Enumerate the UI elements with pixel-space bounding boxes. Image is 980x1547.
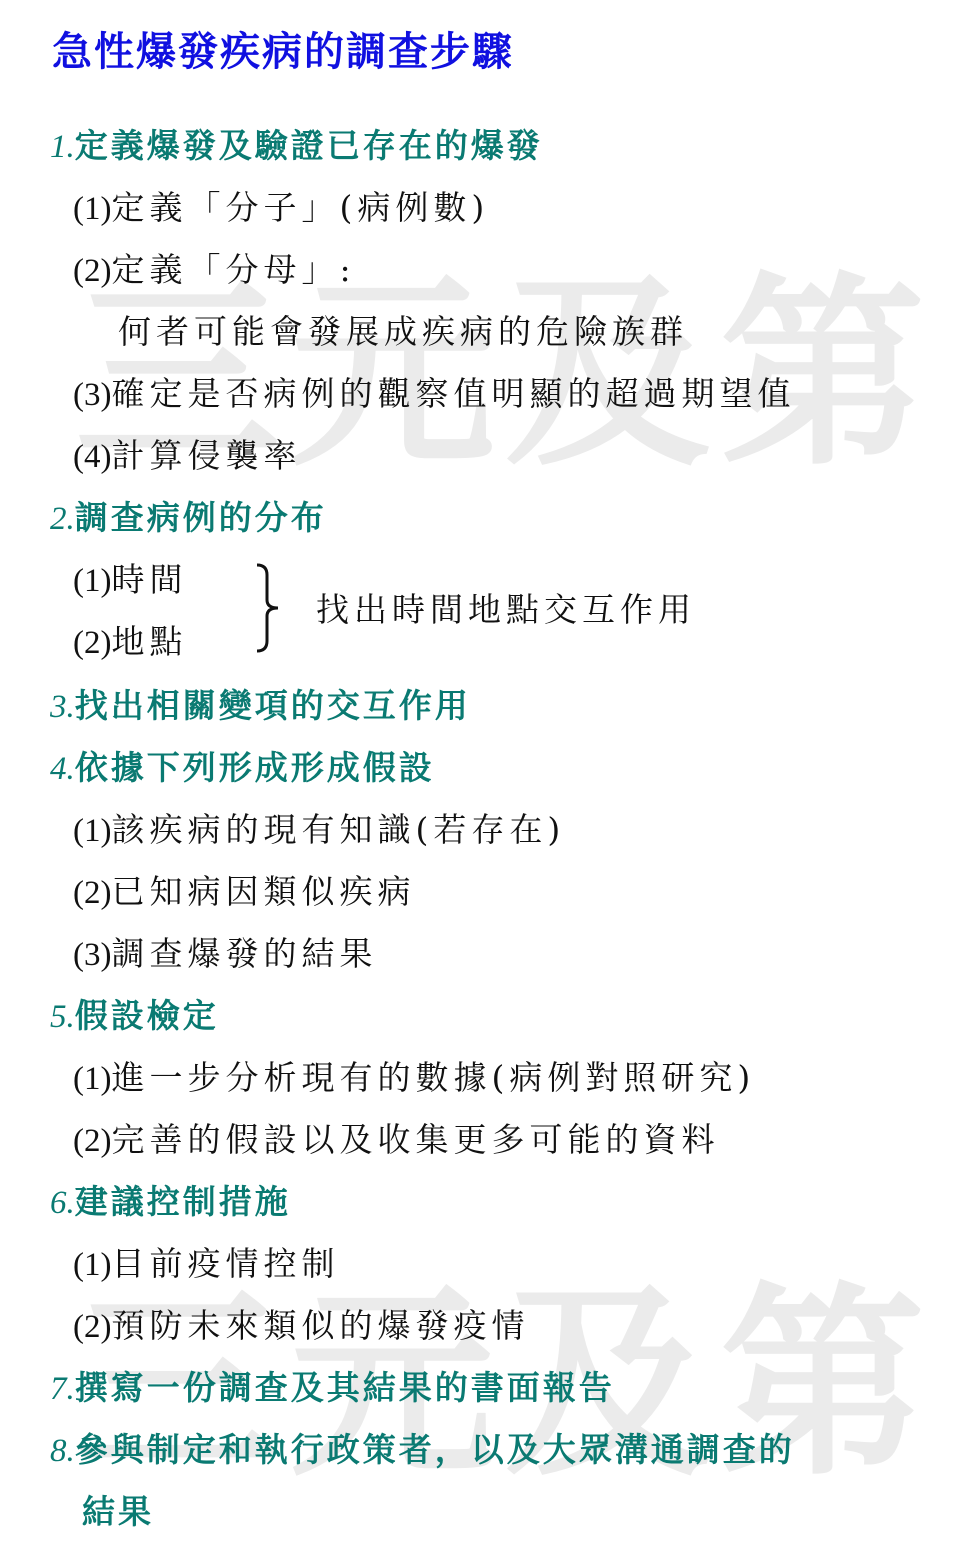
list-item: (3)確定是否病例的觀察值明顯的超過期望值: [73, 372, 795, 417]
item-number: (1): [73, 813, 111, 849]
item-number: (2): [73, 1309, 111, 1345]
section-label-continuation: 結果: [82, 1492, 154, 1531]
item-label: 確定是否病例的觀察值明顯的超過期望值: [111, 374, 795, 413]
section-heading-3: 3.找出相關變項的交互作用: [50, 684, 471, 729]
item-number: (3): [73, 937, 111, 973]
list-item: (1)時間: [73, 558, 187, 603]
section-number: 1.: [50, 129, 75, 165]
section-label: 找出相關變項的交互作用: [75, 686, 471, 725]
section-label: 假設檢定: [75, 996, 219, 1035]
section-number: 5.: [50, 999, 75, 1035]
item-label: 定義「分母」:: [111, 250, 355, 289]
list-item: (1)定義「分子」(病例數): [73, 186, 489, 231]
section-label: 調查病例的分布: [75, 498, 327, 537]
item-label: 計算侵襲率: [111, 436, 301, 475]
item-number: (2): [73, 625, 111, 661]
section-label: 定義爆發及驗證已存在的爆發: [75, 126, 543, 165]
item-label: 完善的假設以及收集更多可能的資料: [111, 1120, 719, 1159]
section-number: 4.: [50, 751, 75, 787]
section-label: 撰寫一份調查及其結果的書面報告: [75, 1368, 615, 1407]
list-item: (2)定義「分母」:: [73, 248, 356, 293]
section-heading-5: 5.假設檢定: [50, 994, 219, 1039]
list-item: (3)調查爆發的結果: [73, 932, 377, 977]
item-number: (1): [73, 191, 111, 227]
item-label: 預防未來類似的爆發疫情: [111, 1306, 529, 1345]
section-heading-7: 7.撰寫一份調查及其結果的書面報告: [50, 1366, 615, 1411]
page-title: 急性爆發疾病的調查步驟: [52, 26, 514, 78]
item-number: (1): [73, 1247, 111, 1283]
list-item: (1)該疾病的現有知識(若存在): [73, 808, 565, 853]
item-label: 時間: [111, 560, 187, 599]
brace-note: 找出時間地點交互作用: [316, 588, 696, 632]
section-heading-2: 2.調查病例的分布: [50, 496, 327, 541]
list-item: (2)完善的假設以及收集更多可能的資料: [73, 1118, 719, 1163]
list-item: (1)進一步分析現有的數據(病例對照研究): [73, 1056, 755, 1101]
item-number: (2): [73, 875, 111, 911]
item-number: (2): [73, 1123, 111, 1159]
item-number: (4): [73, 439, 111, 475]
list-item: (2)已知病因類似疾病: [73, 870, 415, 915]
section-number: 8.: [50, 1433, 75, 1469]
section-number: 6.: [50, 1185, 75, 1221]
section-label: 建議控制措施: [75, 1182, 291, 1221]
item-number: (1): [73, 1061, 111, 1097]
section-number: 7.: [50, 1371, 75, 1407]
item-label: 何者可能會發展成疾病的危險族群: [118, 312, 688, 351]
list-item: (1)目前疫情控制: [73, 1242, 339, 1287]
section-label: 依據下列形成形成假設: [75, 748, 435, 787]
item-label: 地點: [111, 622, 187, 661]
section-number: 3.: [50, 689, 75, 725]
item-label: 定義「分子」(病例數): [111, 188, 489, 227]
section-heading-4: 4.依據下列形成形成假設: [50, 746, 435, 791]
item-label: 該疾病的現有知識(若存在): [111, 810, 565, 849]
section-label: 參與制定和執行政策者，以及大眾溝通調查的: [75, 1430, 795, 1469]
item-label: 已知病因類似疾病: [111, 872, 415, 911]
section-heading-1: 1.定義爆發及驗證已存在的爆發: [50, 124, 543, 169]
section-heading-8-continuation: 結果: [82, 1490, 154, 1534]
list-item: (2)地點: [73, 620, 187, 665]
item-number: (2): [73, 253, 111, 289]
item-label: 進一步分析現有的數據(病例對照研究): [111, 1058, 755, 1097]
list-item-continuation: 何者可能會發展成疾病的危險族群: [118, 310, 688, 354]
list-item: (2)預防未來類似的爆發疫情: [73, 1304, 529, 1349]
right-brace-icon: [254, 562, 284, 654]
item-label: 目前疫情控制: [111, 1244, 339, 1283]
document-page: 急性爆發疾病的調查步驟 1.定義爆發及驗證已存在的爆發 (1)定義「分子」(病例…: [0, 0, 980, 1547]
item-number: (3): [73, 377, 111, 413]
section-heading-8: 8.參與制定和執行政策者，以及大眾溝通調查的: [50, 1428, 795, 1473]
section-number: 2.: [50, 501, 75, 537]
list-item: (4)計算侵襲率: [73, 434, 301, 479]
item-label: 調查爆發的結果: [111, 934, 377, 973]
item-number: (1): [73, 563, 111, 599]
section-heading-6: 6.建議控制措施: [50, 1180, 291, 1225]
